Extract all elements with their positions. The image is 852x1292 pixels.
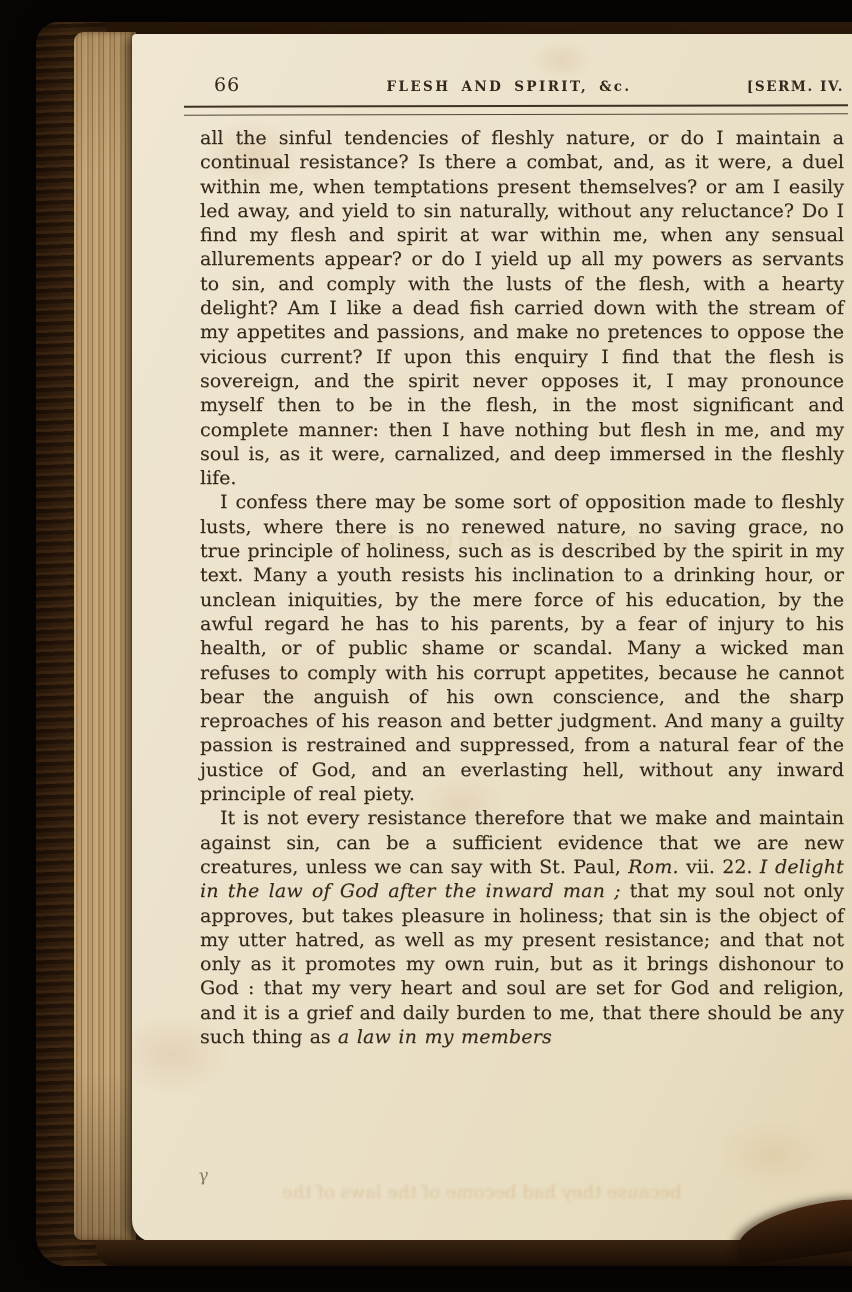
book: 66FLESH AND SPIRIT, &c.[SERM. IV. all th… [36,22,852,1266]
page-stack-edges [74,32,136,1240]
photo-backdrop: 66FLESH AND SPIRIT, &c.[SERM. IV. all th… [0,0,852,1292]
paragraph-2-text: I confess there may be some sort of oppo… [200,491,844,805]
header-double-rule [184,104,848,115]
handwritten-mark: γ [197,1165,210,1186]
closing-phrase-italic: a law in my members [338,1026,552,1048]
paragraph-3: It is not every resistance therefore tha… [200,806,844,1049]
verse-number: vii. 22. [679,856,760,878]
scripture-ref-italic: Rom. [628,856,679,878]
running-title: FLESH AND SPIRIT, &c. [306,79,712,95]
paragraph-1-text: all the sinful tendencies of fleshly nat… [200,127,844,489]
paragraph-3-continuation: that my soul not only approves, but take… [200,880,844,1048]
book-page: 66FLESH AND SPIRIT, &c.[SERM. IV. all th… [132,34,852,1242]
paragraph-1: all the sinful tendencies of fleshly nat… [200,126,844,490]
page-number: 66 [200,74,306,96]
page-header: 66FLESH AND SPIRIT, &c.[SERM. IV. [200,74,844,96]
page-content: 66FLESH AND SPIRIT, &c.[SERM. IV. all th… [200,74,844,1049]
page-body: all the sinful tendencies of fleshly nat… [200,126,844,1049]
paragraph-2: I confess there may be some sort of oppo… [200,490,844,806]
show-through-text-bottom: because they had become of the laws of t… [282,1182,682,1203]
section-marker: [SERM. IV. [712,79,844,95]
